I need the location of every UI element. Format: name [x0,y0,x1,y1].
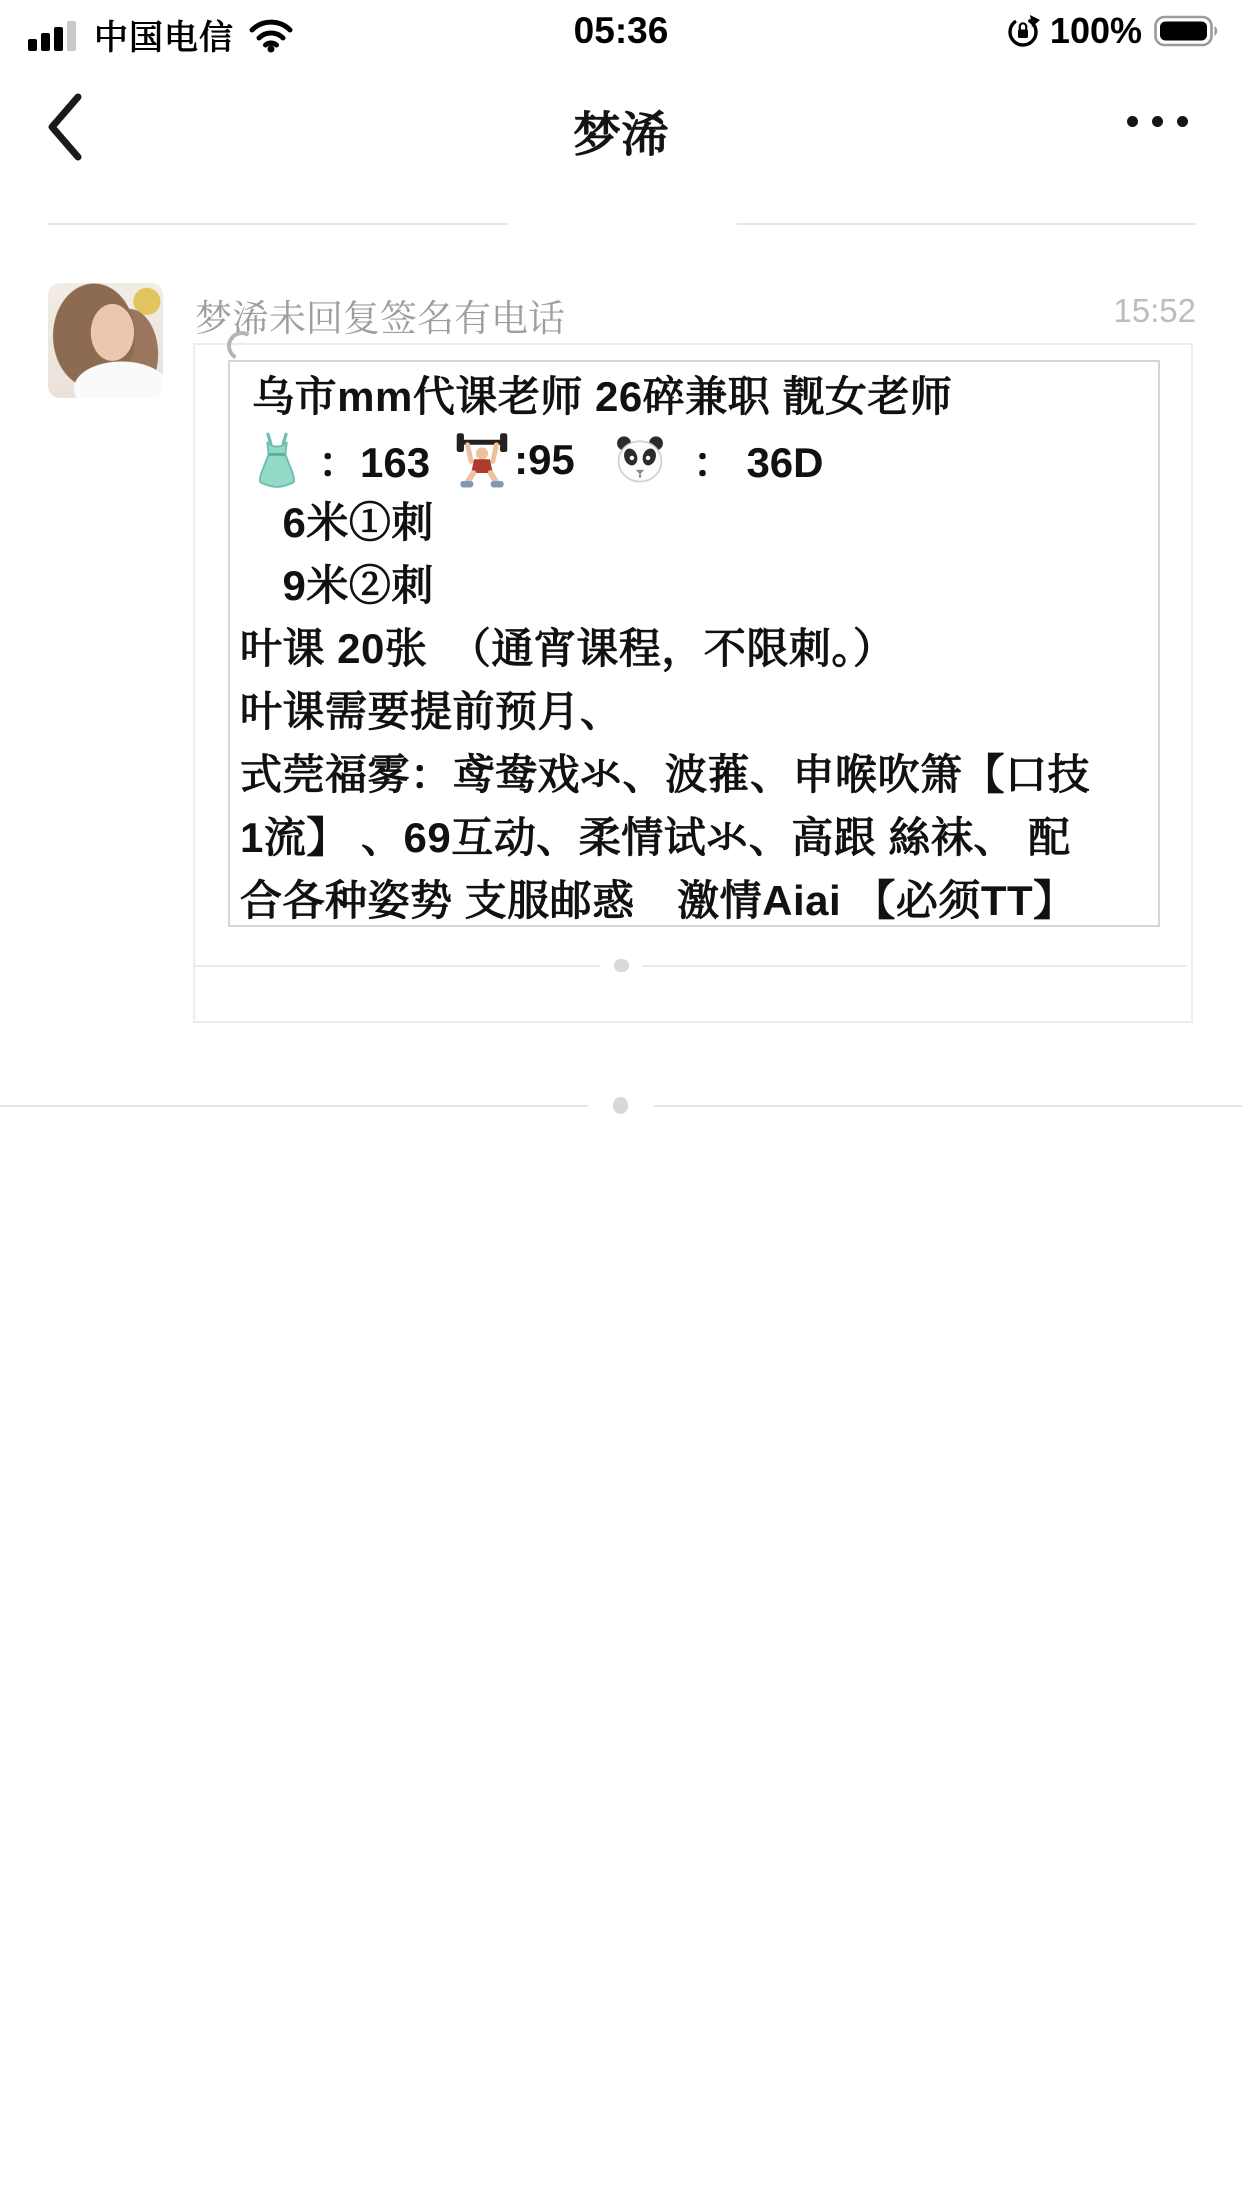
signature-text-box: 乌市mm代课老师 26碎兼职 靓女老师 ：163 [228,360,1160,927]
page-divider-left [0,1105,588,1107]
card-title-line: 乌市mm代课老师 26碎兼职 靓女老师 [240,365,1158,428]
cup-value: ： 36D [693,430,824,490]
nav-bar: 梦浠 [0,60,1242,170]
card-body-line: 式莞福雾：鸢鸯戏氺、波蓷、申喉吹箫【口技 [240,743,1158,806]
status-right-cluster: 100% [1006,10,1220,52]
card-body-line: 1流】 、69互动、柔情试氺、高跟 絲袜、 配 [240,806,1158,869]
page-divider-dot [613,1097,628,1114]
battery-full-icon [1154,15,1220,47]
post-timestamp: 15:52 [1113,292,1196,330]
card-divider-left [195,965,600,967]
card-body-line: 叶课 20张 （通宵课程，不限刺。） [240,617,1158,680]
card-body-line: 叶课需要提前预月、 [240,680,1158,743]
more-button[interactable] [1127,116,1188,127]
page-title: 梦浠 [0,96,1242,165]
panda-icon [615,435,665,485]
height-value: ：163 [318,430,430,490]
avatar[interactable] [48,283,163,398]
screen: 中国电信 05:36 100% [0,0,1242,2208]
card-body-line: 6米①刺 [240,491,1158,554]
weightlifter-icon [456,431,508,489]
signature-card: 乌市mm代课老师 26碎兼职 靓女老师 ：163 [193,343,1193,1023]
top-divider-left [48,223,507,225]
card-divider-dot [614,959,629,972]
orientation-lock-icon [1006,14,1040,48]
page-divider-right [654,1105,1242,1107]
status-bar: 中国电信 05:36 100% [0,0,1242,60]
battery-percent-label: 100% [1050,10,1142,52]
ellipsis-icon [1127,116,1138,127]
card-divider-right [642,965,1187,967]
top-divider-right [737,223,1196,225]
weight-value: :95 [514,436,575,484]
card-body-line: 合各种姿势 支服邮惑 激情Aiai 【必须TT】 [240,869,1158,932]
card-body-line: 9米②刺 [240,554,1158,617]
dress-icon [252,432,302,488]
card-stats-line: ：163 :95 [240,428,1158,491]
